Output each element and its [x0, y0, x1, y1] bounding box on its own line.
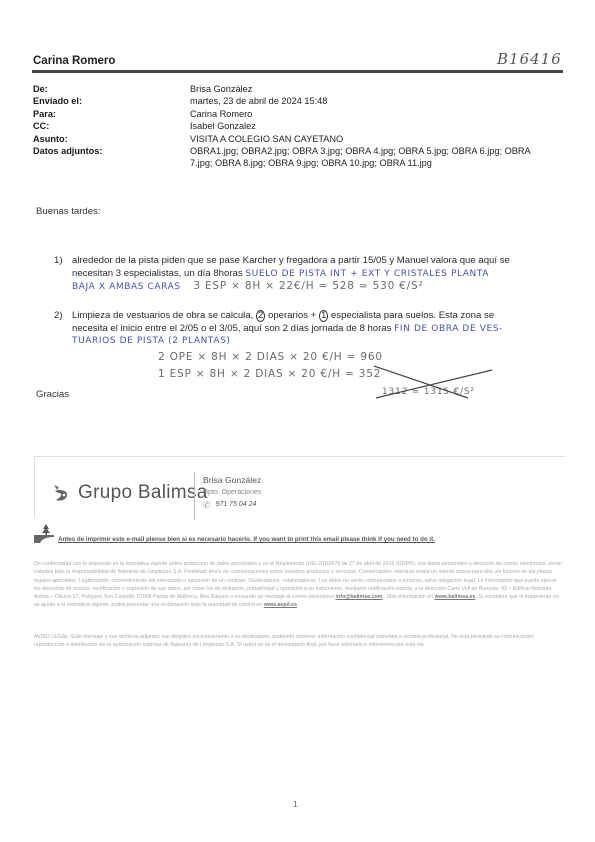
meta-label: Para:: [33, 108, 190, 120]
item-number: 1): [54, 255, 68, 268]
balimsa-logo-icon: [50, 482, 72, 504]
meta-row-cc: CC: Isabel Gonzalez: [33, 120, 550, 132]
greeting: Buenas tardes:: [36, 206, 101, 217]
privacy-text: . Más información en: [382, 594, 434, 600]
circled-number: 1: [319, 310, 328, 322]
meta-value-subject: VISITA A COLEGIO SAN CAYETANO: [190, 133, 550, 145]
item-line-text: necesita el inicio entre el 2/05 o el 3/…: [72, 323, 391, 334]
email-link[interactable]: info@balimsa.com: [336, 594, 383, 600]
tree-road-icon: [34, 523, 54, 543]
list-item-1: 1) alrededor de la pista piden que se pa…: [54, 255, 584, 315]
eco-print-note: Antes de imprimir este e-mail piense bie…: [34, 523, 435, 543]
handwritten-note: TUARIOS DE PISTA (2 PLANTAS): [72, 336, 231, 346]
handwritten-note: FIN DE OBRA DE VES-: [394, 324, 503, 334]
list-item-2: 2) Limpieza de vestuarios de obra se cal…: [54, 310, 584, 410]
meta-value-to: Carina Romero: [190, 108, 550, 120]
strikethrough-mark: [372, 362, 502, 402]
page-number: 1: [293, 800, 297, 809]
meta-value-from: Brisa González: [190, 83, 550, 95]
signature-phone: 971 75 04 24: [216, 499, 257, 512]
meta-value-cc: Isabel Gonzalez: [190, 120, 550, 132]
signature-department: Dpto. Operaciones: [203, 487, 261, 500]
item-text: Limpieza de vestuarios de obra se calcul…: [72, 310, 572, 398]
legal-notice: AVISO LEGAL: Este mensaje y sus archivos…: [34, 633, 564, 650]
website-link[interactable]: www.balimsa.es: [435, 594, 476, 600]
header-divider: [32, 70, 563, 73]
handwritten-line: TUARIOS DE PISTA (2 PLANTAS): [72, 335, 572, 348]
handwritten-calculation: 3 ESP × 8H × 22€/H = 528 ≃ 530 €/S²: [193, 280, 423, 292]
item-line: Limpieza de vestuarios de obra se calcul…: [72, 310, 572, 323]
handwritten-note: SUELO DE PISTA INT + EXT Y CRISTALES PLA…: [245, 269, 489, 279]
meta-row-sent: Enviado el: martes, 23 de abril de 2024 …: [33, 95, 550, 107]
meta-label: Asunto:: [33, 133, 190, 145]
meta-value-sent: martes, 23 de abril de 2024 15:48: [190, 95, 550, 107]
handwritten-note: BAJA X AMBAS CARAS: [72, 282, 181, 292]
handwritten-line: BAJA X AMBAS CARAS 3 ESP × 8H × 22€/H = …: [72, 280, 572, 294]
signature-divider: [34, 456, 565, 457]
privacy-notice: De conformidad con lo dispuesto en la no…: [34, 560, 564, 610]
item-number: 2): [54, 310, 68, 323]
company-name: Grupo Balimsa: [78, 482, 208, 504]
item-line: alrededor de la pista piden que se pase …: [72, 255, 572, 268]
print-note-text[interactable]: Antes de imprimir este e-mail piense bie…: [58, 536, 435, 543]
handwritten-calculation: 1 ESP × 8H × 2 DIAS × 20 €/H = 352: [158, 368, 381, 380]
handwritten-line: 1312 ≃ 1315 €/S²: [382, 386, 572, 399]
signature-name: Brisa González: [203, 474, 261, 487]
meta-row-attachments: Datos adjuntos: OBRA1.jpg; OBRA2.jpg; OB…: [33, 145, 550, 170]
item-line-text: operarios +: [268, 310, 316, 321]
meta-label: Datos adjuntos:: [33, 145, 190, 170]
signature-separator: [194, 472, 195, 520]
handwritten-calculation: 2 OPE × 8H × 2 DIAS × 20 €/H = 960: [158, 351, 383, 363]
item-line-text: especialista para suelos. Esta zona se: [331, 310, 494, 321]
meta-row-to: Para: Carina Romero: [33, 108, 550, 120]
signature-phone-row: ✆ 971 75 04 24: [203, 499, 261, 512]
meta-row-subject: Asunto: VISITA A COLEGIO SAN CAYETANO: [33, 133, 550, 145]
handwritten-reference: B16416: [497, 50, 562, 68]
signature-details: Brisa González Dpto. Operaciones ✆ 971 7…: [203, 474, 261, 512]
handwritten-line: 1 ESP × 8H × 2 DIAS × 20 €/H = 352: [158, 368, 572, 382]
mailbox-owner-name: Carina Romero: [33, 55, 115, 67]
item-line: necesitan 3 especialistas, un día 8horas…: [72, 268, 572, 281]
meta-value-attachments: OBRA1.jpg; OBRA2.jpg; OBRA 3.jpg; OBRA 4…: [190, 145, 550, 170]
email-metadata: De: Brisa González Enviado el: martes, 2…: [33, 83, 550, 170]
company-logo: Grupo Balimsa: [50, 482, 208, 504]
meta-label: De:: [33, 83, 190, 95]
item-line-text: Limpieza de vestuarios de obra se calcul…: [72, 310, 253, 321]
meta-label: CC:: [33, 120, 190, 132]
meta-label: Enviado el:: [33, 95, 190, 107]
item-text: alrededor de la pista piden que se pase …: [72, 255, 572, 294]
aepd-link[interactable]: www.aepd.es: [264, 602, 297, 608]
signature-divider: [34, 456, 35, 518]
handwritten-line: 2 OPE × 8H × 2 DIAS × 20 €/H = 960: [158, 351, 572, 365]
meta-row-from: De: Brisa González: [33, 83, 550, 95]
closing: Gracias: [36, 389, 69, 400]
circled-number: 2: [256, 310, 265, 322]
item-line: necesita el inicio entre el 2/05 o el 3/…: [72, 323, 572, 336]
item-line-text: necesitan 3 especialistas, un día 8horas: [72, 268, 243, 279]
phone-icon: ✆: [203, 499, 211, 512]
